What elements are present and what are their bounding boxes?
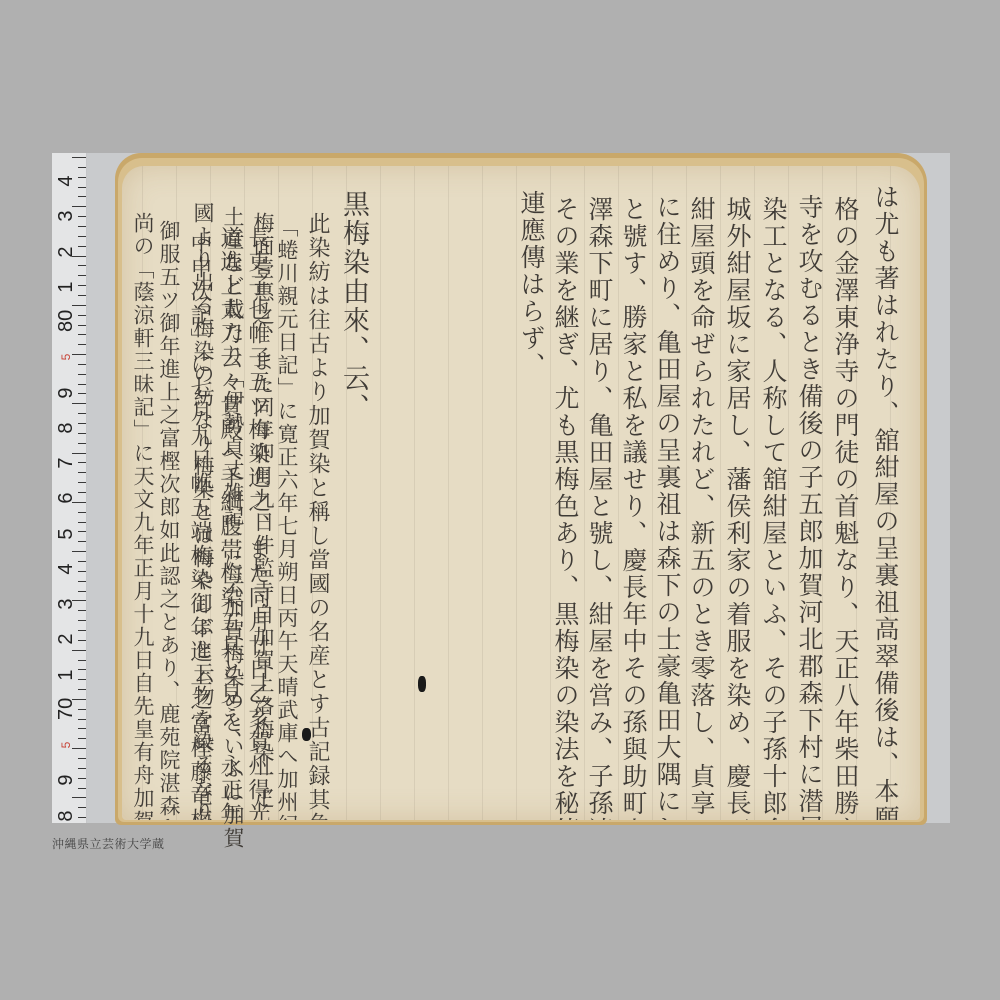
right-column-11: 連應傳はらず、 — [516, 190, 546, 379]
ruler-label: 6 — [56, 488, 76, 508]
ruler-tick — [78, 384, 86, 385]
ruler-tick — [78, 196, 86, 197]
ruler-tick — [78, 275, 86, 276]
left-page-heading: 黒梅染由來、云、 — [338, 190, 368, 422]
ruler-tick — [78, 462, 86, 463]
ruler-tick — [78, 374, 86, 375]
right-column-8: と號す、勝家と私を議せり、慶長年中その孫與助町人となり、金 — [618, 196, 648, 820]
ruler-tick — [78, 630, 86, 631]
left-column-8: 梅面壹惠之、また同年卯月九日件監寺自加賀上洛梅染一疋 — [248, 212, 278, 810]
ruler-tick — [78, 689, 86, 690]
ruler-tick — [78, 482, 86, 483]
ruler-tick — [78, 807, 86, 808]
ruler-tick — [72, 797, 86, 798]
ruler-tick — [72, 551, 86, 552]
ruler-tick — [78, 581, 86, 582]
ruler-label: 1 — [56, 665, 76, 685]
right-column-7: に住めり、亀田屋の呈裏祖は森下の士豪亀田大隅にして、鐵腐 — [652, 194, 682, 820]
ruler-tick — [72, 403, 86, 404]
ruler-tick — [78, 433, 86, 434]
ruler-tick — [78, 571, 86, 572]
page-rule-line — [720, 166, 721, 820]
ruler-label: 2 — [56, 629, 76, 649]
ruler-tick — [78, 620, 86, 621]
ruler-label: 4 — [56, 171, 76, 191]
ruler-tick — [78, 738, 86, 739]
measuring-ruler: 432180598765432170598 — [52, 153, 87, 823]
right-column-1: は尤も著はれたり、舘紺屋の呈裏祖高翠備後は、本願寺文陵 — [870, 184, 900, 820]
ruler-tick — [78, 817, 86, 818]
ruler-tick — [78, 709, 86, 710]
ruler-tick — [78, 669, 86, 670]
ruler-tick — [78, 660, 86, 661]
ruler-label: 5 — [56, 347, 76, 367]
ruler-tick — [78, 187, 86, 188]
ruler-tick — [78, 246, 86, 247]
ruler-tick — [78, 177, 86, 178]
ruler-tick — [72, 305, 86, 306]
left-column-10: 國より出る梅染の紡なり梅染とは梅やしぶと云物を染るなり — [188, 202, 218, 823]
page-rule-line — [380, 166, 381, 820]
ruler-tick — [78, 265, 86, 266]
ruler-tick — [78, 719, 86, 720]
ruler-tick — [78, 522, 86, 523]
ruler-tick — [78, 334, 86, 335]
ruler-tick — [78, 561, 86, 562]
right-column-9: 澤森下町に居り、亀田屋と號し、紺屋を営み、子孫連綿として — [584, 196, 614, 820]
ruler-tick — [78, 364, 86, 365]
ruler-tick — [78, 216, 86, 217]
ink-blot — [418, 676, 426, 692]
ruler-label: 3 — [56, 594, 76, 614]
ruler-tick — [78, 285, 86, 286]
ruler-tick — [78, 768, 86, 769]
ruler-tick — [78, 167, 86, 168]
ruler-tick — [78, 443, 86, 444]
ruler-label: 1 — [56, 277, 76, 297]
right-column-5: 城外紺屋坂に家居し、藩侯利家の着服を染め、慶長五年 — [722, 196, 752, 820]
ruler-tick — [78, 531, 86, 532]
ruler-tick — [72, 650, 86, 651]
ruler-tick — [78, 472, 86, 473]
ruler-tick — [78, 325, 86, 326]
ruler-tick — [78, 315, 86, 316]
ruler-tick — [78, 295, 86, 296]
right-column-2: 格の金澤東浄寺の門徒の首魁なり、天正八年柴田勝家東浄 — [830, 196, 860, 820]
ruler-tick — [78, 758, 86, 759]
ruler-tick — [78, 393, 86, 394]
ruler-tick — [78, 610, 86, 611]
ruler-tick — [78, 788, 86, 789]
ruler-label: 2 — [56, 242, 76, 262]
ruler-label: 8 — [56, 418, 76, 438]
ruler-label: 80 — [56, 312, 76, 332]
ruler-label: 5 — [56, 735, 76, 755]
page-rule-line — [788, 166, 789, 820]
ruler-tick — [78, 236, 86, 237]
ruler-tick — [78, 640, 86, 641]
left-column-7: 尚の「蔭涼軒三昧記」に天文九年正月十九日自先皇有舟加賀黒 — [128, 212, 158, 820]
ruler-label: 4 — [56, 559, 76, 579]
ruler-label: 9 — [56, 383, 76, 403]
page-rule-line — [754, 166, 755, 820]
ruler-tick — [78, 226, 86, 227]
ruler-tick — [78, 492, 86, 493]
ruler-tick — [78, 728, 86, 729]
ruler-label: 70 — [56, 700, 76, 720]
right-column-10: その業を継ぎ、尤も黒梅色あり、黒梅染の染法を秘傳としたれど、 — [550, 196, 580, 820]
ink-blot — [302, 728, 311, 741]
ruler-tick — [78, 512, 86, 513]
right-column-3: 寺を攻むるとき備後の子五郎加賀河北郡森下村に潜居し、 — [794, 194, 824, 820]
ruler-label: 5 — [56, 524, 76, 544]
ruler-label: 8 — [56, 806, 76, 826]
ruler-tick — [72, 157, 86, 158]
right-column-4: 染工となる、人称して舘紺屋といふ、その子孫十郎金澤に出で、 — [758, 196, 788, 820]
ruler-tick — [78, 679, 86, 680]
ruler-label: 3 — [56, 206, 76, 226]
left-column-9: 土産など載たり「伊勢貞丈雑記」に云加賀梅染めといふは加賀 — [218, 206, 248, 850]
ruler-tick — [78, 778, 86, 779]
ruler-tick — [78, 344, 86, 345]
collection-caption: 沖縄県立芸術大学蔵 — [52, 835, 165, 852]
left-column-6: 御服五ツ御年進上之富樫次郎如此認之とあり、鹿苑院湛森和 — [154, 220, 184, 820]
right-column-6: 紺屋頭を命ぜられたれど、新五のとき零落し、貞享の頃町端 — [686, 196, 716, 820]
ruler-tick — [78, 591, 86, 592]
ruler-tick — [78, 423, 86, 424]
page-rule-line — [414, 166, 415, 820]
ruler-tick — [78, 541, 86, 542]
ruler-label: 7 — [56, 453, 76, 473]
page-rule-line — [482, 166, 483, 820]
page-rule-line — [448, 166, 449, 820]
ruler-tick — [78, 413, 86, 414]
ruler-label: 9 — [56, 770, 76, 790]
